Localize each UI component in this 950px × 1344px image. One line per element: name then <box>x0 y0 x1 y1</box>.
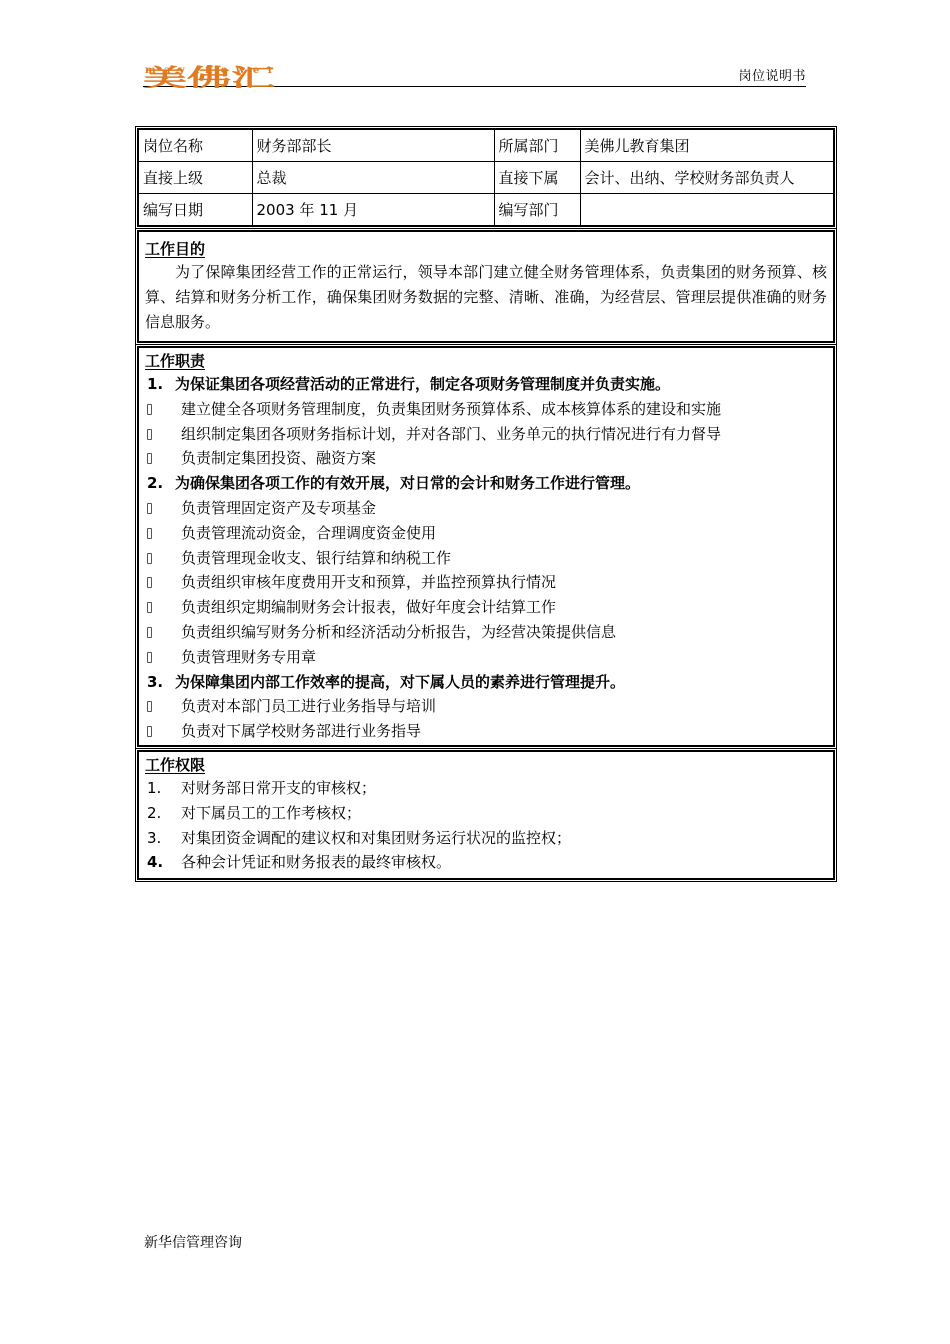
bullet-icon <box>147 652 152 663</box>
table-row: 编写日期 2003 年 11 月 编写部门 <box>139 194 833 226</box>
label-direct-superior: 直接上级 <box>139 162 252 194</box>
value-position-name: 财务部部长 <box>252 130 494 162</box>
value-written-date: 2003 年 11 月 <box>252 194 494 226</box>
duties-title: 工作职责 <box>145 350 827 372</box>
page-header: 美佛汇 may flower 岗位说明书 <box>143 62 806 87</box>
bullet-icon <box>147 726 152 737</box>
list-item: 组织制定集团各项财务指标计划，并对各部门、业务单元的执行情况进行有力督导 <box>145 422 827 447</box>
authority-section: 工作权限 1.对财务部日常开支的审核权； 2.对下属员工的工作考核权； 3.对集… <box>135 748 837 882</box>
label-written-department: 编写部门 <box>494 194 580 226</box>
list-item: 负责管理财务专用章 <box>145 645 827 670</box>
document-type-title: 岗位说明书 <box>738 65 806 84</box>
label-direct-subordinates: 直接下属 <box>494 162 580 194</box>
list-item: 负责组织编写财务分析和经济活动分析报告，为经营决策提供信息 <box>145 620 827 645</box>
value-direct-superior: 总裁 <box>252 162 494 194</box>
purpose-section: 工作目的 为了保障集团经营工作的正常运行，领导本部门建立健全财务管理体系，负责集… <box>135 228 837 345</box>
bullet-icon <box>147 553 152 564</box>
purpose-text: 为了保障集团经营工作的正常运行，领导本部门建立健全财务管理体系，负责集团的财务预… <box>145 260 827 335</box>
list-item: 负责组织审核年度费用开支和预算，并监控预算执行情况 <box>145 570 827 595</box>
info-table-box: 岗位名称 财务部部长 所属部门 美佛儿教育集团 直接上级 总裁 直接下属 会计、… <box>135 126 837 229</box>
bullet-icon <box>147 577 152 588</box>
list-item: 负责制定集团投资、融资方案 <box>145 446 827 471</box>
info-table: 岗位名称 财务部部长 所属部门 美佛儿教育集团 直接上级 总裁 直接下属 会计、… <box>139 130 833 225</box>
authority-title: 工作权限 <box>145 754 827 776</box>
list-item: 负责对本部门员工进行业务指导与培训 <box>145 694 827 719</box>
bullet-icon <box>147 453 152 464</box>
bullet-icon <box>147 429 152 440</box>
list-item: 3.对集团资金调配的建议权和对集团财务运行状况的监控权； <box>145 826 827 851</box>
list-item: 负责管理流动资金，合理调度资金使用 <box>145 521 827 546</box>
value-written-department <box>580 194 833 226</box>
duties-section: 工作职责 1. 为保证集团各项经营活动的正常进行，制定各项财务管理制度并负责实施… <box>135 344 837 749</box>
svg-text:may flower: may flower <box>145 65 274 76</box>
bullet-icon <box>147 701 152 712</box>
purpose-title: 工作目的 <box>145 238 827 260</box>
label-department: 所属部门 <box>494 130 580 162</box>
list-item: 负责对下属学校财务部进行业务指导 <box>145 719 827 744</box>
list-item: 2.对下属员工的工作考核权； <box>145 801 827 826</box>
duty-group-heading: 3. 为保障集团内部工作效率的提高，对下属人员的素养进行管理提升。 <box>145 670 827 695</box>
job-description-document: 岗位名称 财务部部长 所属部门 美佛儿教育集团 直接上级 总裁 直接下属 会计、… <box>135 126 837 882</box>
bullet-icon <box>147 627 152 638</box>
bullet-icon <box>147 602 152 613</box>
table-row: 岗位名称 财务部部长 所属部门 美佛儿教育集团 <box>139 130 833 162</box>
bullet-icon <box>147 528 152 539</box>
value-department: 美佛儿教育集团 <box>580 130 833 162</box>
list-item: 建立健全各项财务管理制度，负责集团财务预算体系、成本核算体系的建设和实施 <box>145 397 827 422</box>
value-direct-subordinates: 会计、出纳、学校财务部负责人 <box>580 162 833 194</box>
bullet-icon <box>147 503 152 514</box>
list-item: 负责管理固定资产及专项基金 <box>145 496 827 521</box>
list-item: 负责管理现金收支、银行结算和纳税工作 <box>145 546 827 571</box>
bullet-icon <box>147 404 152 415</box>
list-item: 负责组织定期编制财务会计报表，做好年度会计结算工作 <box>145 595 827 620</box>
duty-group-heading: 1. 为保证集团各项经营活动的正常进行，制定各项财务管理制度并负责实施。 <box>145 372 827 397</box>
list-item: 1.对财务部日常开支的审核权； <box>145 776 827 801</box>
label-position-name: 岗位名称 <box>139 130 252 162</box>
mayflower-logo: 美佛汇 may flower <box>143 64 277 86</box>
label-written-date: 编写日期 <box>139 194 252 226</box>
footer-company: 新华信管理咨询 <box>144 1232 242 1252</box>
table-row: 直接上级 总裁 直接下属 会计、出纳、学校财务部负责人 <box>139 162 833 194</box>
duty-group-heading: 2. 为确保集团各项工作的有效开展，对日常的会计和财务工作进行管理。 <box>145 471 827 496</box>
list-item: 4.各种会计凭证和财务报表的最终审核权。 <box>145 850 827 875</box>
